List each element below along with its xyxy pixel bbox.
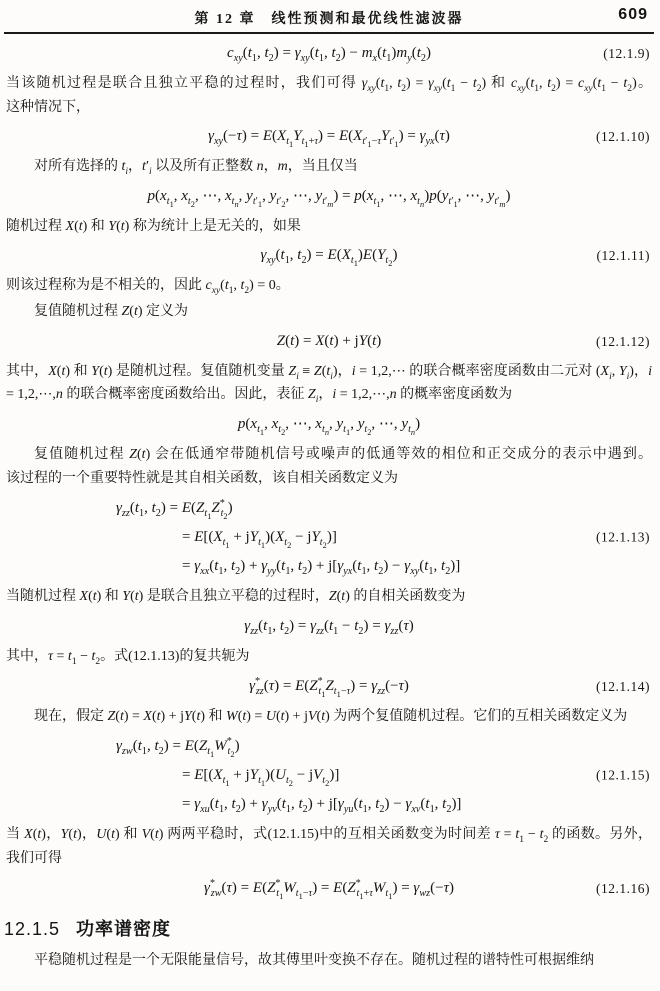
equation-line: = γxx(t1, t2) + γyy(t1, t2) + j[γyx(t1, … [6,556,652,577]
equation-body: p(xt1, xt2, ⋯, xtn, yt1, yt2, ⋯, ytn) [238,416,420,432]
paragraph: 现在，假定 Z(t) = X(t) + jY(t) 和 W(t) = U(t) … [6,705,652,729]
paragraph: 当随机过程 X(t) 和 Y(t) 是联合且独立平稳的过程时，Z(t) 的自相关… [6,585,652,609]
equation-body: γ*zw(τ) = E(Z*t1Wt1−τ) = E(Z*t1+τWt1) = … [204,880,454,896]
equation-body: = γxx(t1, t2) + γyy(t1, t2) + j[γyx(t1, … [182,558,460,574]
equation-number: (12.1.15) [596,766,650,785]
display-equation: p(xt1, xt2, ⋯, xtn, yt′1, yt′2, ⋯, yt′m)… [6,186,652,208]
section-heading: 12.1.5功率谱密度 [4,915,652,941]
paragraph: 随机过程 X(t) 和 Y(t) 称为统计上是无关的，如果 [6,215,652,239]
page-content: cxy(t1, t2) = γxy(t1, t2) − mx(t1)my(t2)… [6,43,652,973]
paragraph: 对所有选择的 ti，t′i 以及所有正整数 n，m，当且仅当 [6,155,652,179]
equation-number: (12.1.11) [597,247,651,267]
display-equation: γxy(−τ) = E(Xt1Yt1+τ) = E(Xt′1−τYt′1) = … [6,126,652,148]
equation-number: (12.1.12) [596,332,650,352]
display-equation-group: γzz(t1, t2) = E(Zt1Z*t2)= E[(Xt1 + jYt1)… [6,498,652,577]
display-equation: cxy(t1, t2) = γxy(t1, t2) − mx(t1)my(t2)… [6,43,652,65]
equation-number: (12.1.10) [596,127,650,147]
equation-body: γ*zz(τ) = E(Z*t1Zt1−τ) = γzz(−τ) [249,678,409,694]
paragraph: 当该随机过程是联合且独立平稳的过程时，我们可得 γxy(t1, t2) = γx… [6,72,652,120]
equation-body: p(xt1, xt2, ⋯, xtn, yt′1, yt′2, ⋯, yt′m)… [148,188,511,204]
paragraph: 平稳随机过程是一个无限能量信号，故其傅里叶变换不存在。随机过程的谱特性可根据维纳 [6,949,652,973]
equation-line: = E[(Xt1 + jYt1)(Xt2 − jYt2)](12.1.13) [6,527,652,548]
equation-body: γzw(t1, t2) = E(Zt1W*t2) [116,738,240,754]
equation-line: = E[(Xt1 + jYt1)(Ut2 − jVt2)](12.1.15) [6,765,652,786]
equation-number: (12.1.9) [603,44,650,64]
section-title: 功率谱密度 [76,919,171,939]
display-equation: γ*zw(τ) = E(Z*t1Wt1−τ) = E(Z*t1+τWt1) = … [6,878,652,900]
equation-body: γzz(t1, t2) = γzz(t1 − t2) = γzz(τ) [244,618,413,634]
paragraph: 复值随机过程 Z(t) 定义为 [6,300,652,324]
display-equation: γzz(t1, t2) = γzz(t1 − t2) = γzz(τ) [6,616,652,638]
display-equation-group: γzw(t1, t2) = E(Zt1W*t2)= E[(Xt1 + jYt1)… [6,736,652,815]
equation-body: = E[(Xt1 + jYt1)(Ut2 − jVt2)] [182,767,339,783]
equation-body: = E[(Xt1 + jYt1)(Xt2 − jYt2)] [182,529,337,545]
equation-line: γzw(t1, t2) = E(Zt1W*t2) [6,736,652,757]
equation-body: cxy(t1, t2) = γxy(t1, t2) − mx(t1)my(t2) [227,45,431,61]
equation-body: γzz(t1, t2) = E(Zt1Z*t2) [116,500,233,516]
page-header: 第 12 章 线性预测和最优线性滤波器 609 [6,8,652,28]
equation-body: γxy(t1, t2) = E(Xt1)E(Yt2) [261,247,398,263]
page-number: 609 [618,6,648,24]
display-equation: γ*zz(τ) = E(Z*t1Zt1−τ) = γzz(−τ)(12.1.14… [6,676,652,698]
equation-number: (12.1.14) [596,677,650,697]
display-equation: Z(t) = X(t) + jY(t)(12.1.12) [6,331,652,353]
paragraph: 其中，τ = t1 − t2。式(12.1.13)的复共轭为 [6,645,652,669]
section-number: 12.1.5 [4,919,60,939]
book-page: 第 12 章 线性预测和最优线性滤波器 609 cxy(t1, t2) = γx… [0,0,660,991]
paragraph: 则该过程称为是不相关的，因此 cxy(t1, t2) = 0。 [6,274,652,298]
equation-body: = γxu(t1, t2) + γyv(t1, t2) + j[γyu(t1, … [182,796,461,812]
equation-body: γxy(−τ) = E(Xt1Yt1+τ) = E(Xt′1−τYt′1) = … [208,128,450,144]
equation-line: = γxu(t1, t2) + γyv(t1, t2) + j[γyu(t1, … [6,794,652,815]
paragraph: 其中，X(t) 和 Y(t) 是随机过程。复值随机变量 Zi ≡ Z(ti)，i… [6,360,652,408]
equation-body: Z(t) = X(t) + jY(t) [277,333,381,349]
equation-number: (12.1.16) [596,879,650,899]
paragraph: 复值随机过程 Z(t) 会在低通窄带随机信号或噪声的低通等效的相位和正交成分的表… [6,443,652,491]
chapter-title: 第 12 章 线性预测和最优线性滤波器 [6,8,652,28]
display-equation: γxy(t1, t2) = E(Xt1)E(Yt2)(12.1.11) [6,245,652,267]
equation-line: γzz(t1, t2) = E(Zt1Z*t2) [6,498,652,519]
display-equation: p(xt1, xt2, ⋯, xtn, yt1, yt2, ⋯, ytn) [6,414,652,436]
paragraph: 当 X(t)，Y(t)，U(t) 和 V(t) 两两平稳时，式(12.1.15)… [6,823,652,871]
header-rule [4,32,654,34]
equation-number: (12.1.13) [596,529,650,548]
